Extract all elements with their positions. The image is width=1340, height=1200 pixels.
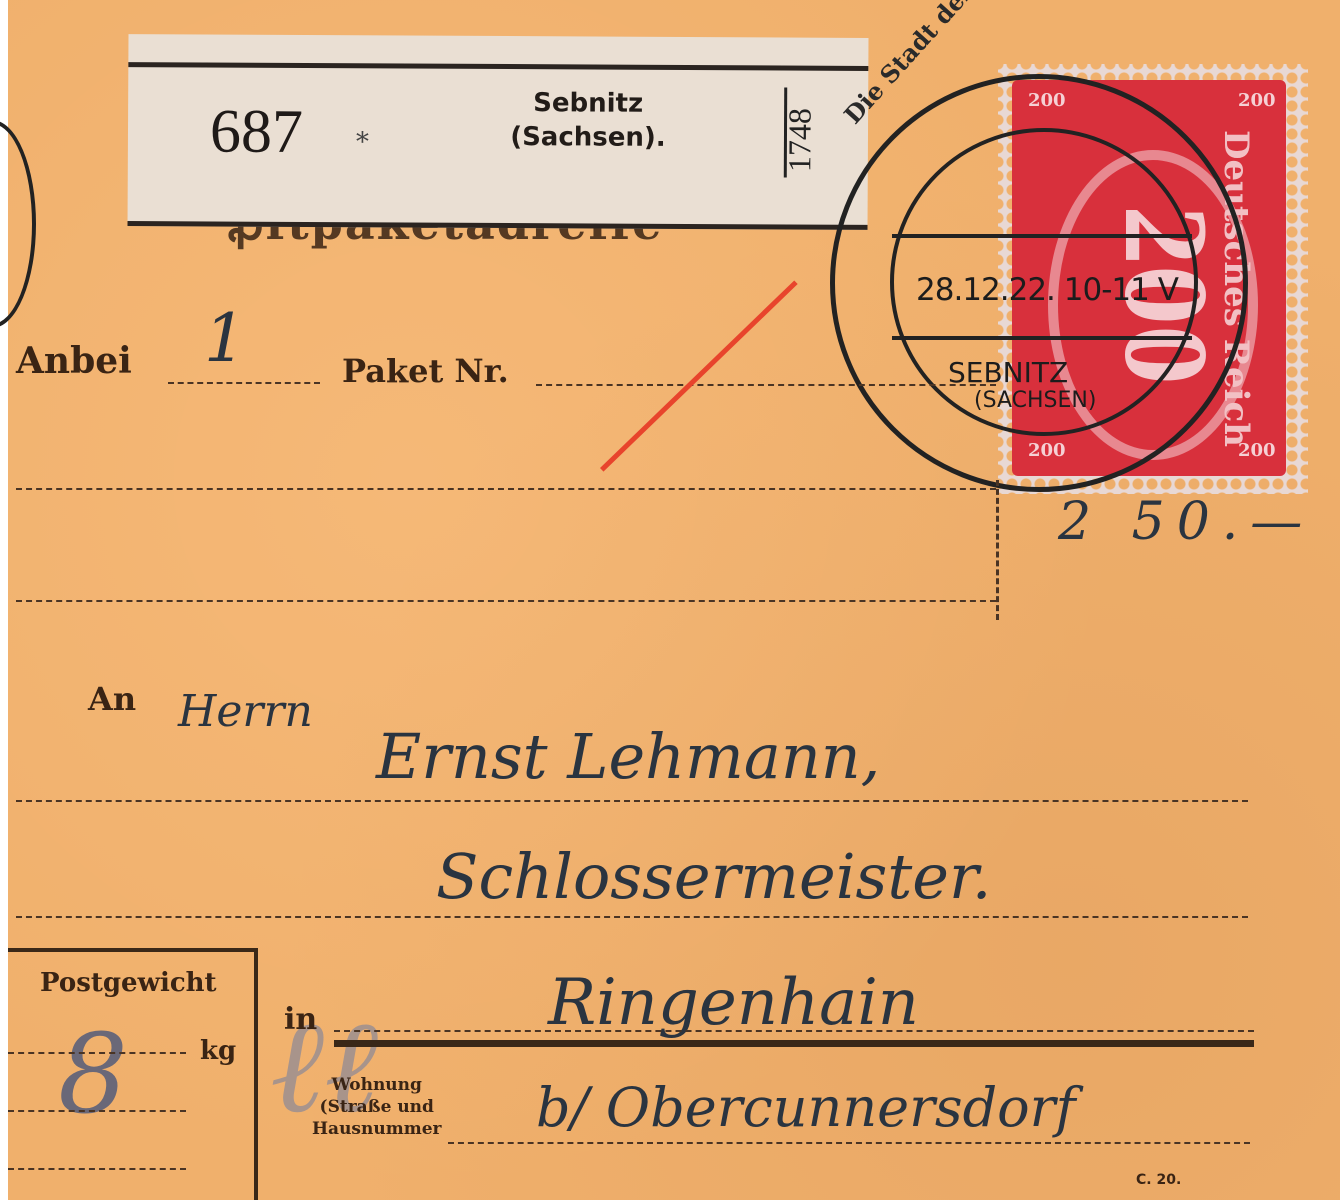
left-arc — [0, 120, 36, 328]
stamp-corner-value: 200 — [1238, 90, 1276, 111]
address-label-line: (Straße und — [312, 1096, 441, 1118]
stamp-corner-value: 200 — [1238, 440, 1276, 461]
in-label: in — [284, 1002, 317, 1037]
address-label-line: Wohnung — [312, 1074, 441, 1096]
parcel-number-label: Paket Nr. — [342, 352, 509, 390]
label-code: 1748 — [781, 108, 818, 172]
street-address-line — [448, 1142, 1250, 1144]
destination-rule — [334, 1040, 1254, 1047]
red-crayon-mark — [600, 280, 798, 471]
fee-note: 2 50.— — [1058, 492, 1314, 552]
form-code: C. 20. — [1136, 1172, 1181, 1188]
form-line — [16, 600, 996, 602]
form-divider — [996, 480, 999, 620]
postmark-region: (SACHSEN) — [974, 388, 1096, 413]
recipient-name: Ernst Lehmann, — [376, 720, 880, 793]
salutation: Herrn — [178, 686, 313, 737]
weight-unit: kg — [200, 1036, 236, 1066]
weight-box-top — [8, 948, 256, 952]
destination: Ringenhain — [548, 966, 919, 1040]
weight-label: Postgewicht — [40, 968, 217, 998]
weight-box-right — [254, 948, 258, 1200]
enclosed-label: Anbei — [16, 340, 132, 382]
star-icon: * — [356, 127, 369, 157]
label-region: (Sachsen). — [468, 120, 708, 155]
parcel-label: 687 * Sebnitz (Sachsen). 1748 — [128, 34, 869, 230]
address-label-line: Hausnummer — [312, 1118, 441, 1140]
parcel-card: ꝓſtpaketadreſſe 687 * Sebnitz (Sachsen).… — [8, 0, 1340, 1200]
postmark-bar — [892, 336, 1192, 340]
label-town-name: Sebnitz — [468, 86, 708, 121]
address-line — [16, 916, 1248, 918]
weight-line — [8, 1168, 186, 1170]
postmark-date: 28.12.22. 10-11 V — [916, 272, 1178, 308]
street-address-label: Wohnung (Straße und Hausnummer — [312, 1074, 441, 1140]
parcel-number-line — [536, 384, 996, 386]
weight-line — [8, 1052, 186, 1054]
to-label: An — [88, 680, 136, 718]
label-number: 687 — [210, 96, 303, 167]
enclosed-value: 1 — [204, 300, 246, 377]
enclosed-line — [168, 382, 320, 384]
recipient-occupation: Schlossermeister. — [436, 840, 992, 913]
destination-line — [334, 1030, 1254, 1032]
via-location: b/ Obercunnersdorf — [536, 1076, 1075, 1139]
label-town: Sebnitz (Sachsen). — [468, 86, 708, 155]
form-line — [16, 488, 996, 490]
address-line — [16, 800, 1248, 802]
weight-line — [8, 1110, 186, 1112]
postmark-bar — [892, 234, 1192, 238]
weight-value: 8 — [58, 1010, 128, 1138]
